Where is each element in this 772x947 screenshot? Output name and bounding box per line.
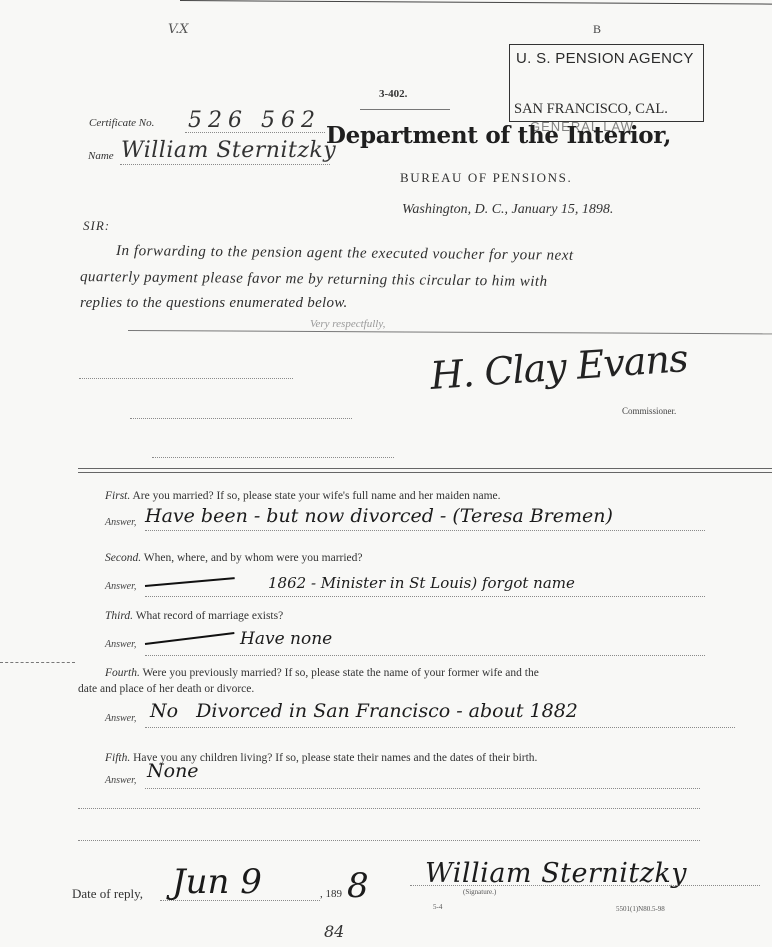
- pensioner-name: William Sternitzky: [121, 138, 336, 163]
- print-code-left: 5-4: [433, 903, 442, 911]
- answer-label: Answer,: [105, 639, 136, 650]
- answer-first: Have been - but now divorced - (Teresa B…: [145, 505, 613, 527]
- answer-line: [145, 530, 705, 531]
- body-line-3: replies to the questions enumerated belo…: [80, 295, 348, 312]
- department-title: Department of the Interior,: [326, 122, 671, 149]
- answer-fourth: No Divorced in San Francisco - about 188…: [150, 700, 578, 722]
- question-fourth-line-2: date and place of her death or divorce.: [78, 683, 254, 695]
- answer-line: [145, 596, 705, 597]
- section-divider-top: [78, 468, 772, 469]
- stamp-line-city: SAN FRANCISCO, CAL.: [514, 101, 668, 118]
- commissioner-title: Commissioner.: [622, 406, 676, 416]
- page-note: 84: [324, 922, 344, 941]
- question-first: First. Are you married? If so, please st…: [105, 490, 501, 502]
- date-of-reply-value: Jun 9: [172, 862, 262, 902]
- certificate-number: 526 562: [188, 108, 321, 133]
- page-top-edge: [180, 0, 772, 5]
- commissioner-signature: H. Clay Evans: [429, 336, 689, 398]
- question-ordinal: Third.: [105, 610, 133, 622]
- answer-label: Answer,: [105, 517, 136, 528]
- question-ordinal: Fifth.: [105, 752, 130, 764]
- body-line-2: quarterly payment please favor me by ret…: [80, 269, 548, 291]
- question-fourth: Fourth. Were you previously married? If …: [105, 667, 539, 679]
- question-ordinal: Fourth.: [105, 667, 140, 679]
- date-line: [160, 900, 320, 901]
- pension-agency-stamp: U. S. PENSION AGENCY SAN FRANCISCO, CAL.: [509, 44, 704, 122]
- address-line-1: [79, 378, 293, 379]
- question-text: What record of marriage exists?: [136, 610, 284, 622]
- dateline: Washington, D. C., January 15, 1898.: [402, 202, 613, 218]
- name-underline: [120, 164, 330, 165]
- question-text: When, where, and by whom were you marrie…: [144, 552, 363, 564]
- extra-line-2: [78, 840, 700, 841]
- answer-fifth: None: [147, 760, 199, 782]
- question-text: Are you married? If so, please state you…: [133, 490, 501, 502]
- answer-label: Answer,: [105, 713, 136, 724]
- marginal-mark-top-left: V.X: [168, 22, 189, 37]
- address-line-2: [130, 418, 352, 419]
- stamp-line-agency: U. S. PENSION AGENCY: [516, 50, 694, 67]
- form-number-underline: [360, 109, 450, 110]
- answer-label: Answer,: [105, 775, 136, 786]
- date-of-reply-label: Date of reply,: [72, 886, 143, 902]
- extra-line-1: [78, 808, 700, 809]
- closing-phrase: Very respectfully,: [310, 318, 385, 330]
- answer-line: [145, 727, 735, 728]
- address-line-3: [152, 457, 394, 458]
- question-ordinal: Second.: [105, 552, 141, 564]
- year-prefix: , 189: [320, 888, 342, 900]
- question-ordinal: First.: [105, 490, 130, 502]
- answer-strike: [145, 577, 235, 587]
- answer-line: [145, 788, 700, 789]
- fold-line: [128, 330, 772, 334]
- answer-label: Answer,: [105, 581, 136, 592]
- body-line-1: In forwarding to the pension agent the e…: [116, 243, 574, 265]
- signature-line: [410, 885, 760, 886]
- answer-line: [145, 655, 705, 656]
- fold-mark: [0, 662, 75, 663]
- section-divider-bottom: [78, 472, 772, 473]
- bureau-heading: BUREAU OF PENSIONS.: [400, 170, 572, 186]
- question-third: Third. What record of marriage exists?: [105, 610, 283, 622]
- signature-label: (Signature.): [463, 888, 496, 896]
- salutation: SIR:: [83, 218, 110, 234]
- certificate-label: Certificate No.: [89, 117, 154, 129]
- form-number: 3-402.: [379, 88, 407, 100]
- answer-second: 1862 - Minister in St Louis) forgot name: [268, 574, 575, 592]
- marginal-mark-top-right: B: [593, 22, 601, 37]
- year-suffix: 8: [347, 866, 369, 906]
- answer-strike: [145, 632, 235, 645]
- answer-third: Have none: [240, 629, 332, 649]
- certificate-underline: [185, 132, 325, 133]
- question-text: Were you previously married? If so, plea…: [143, 667, 539, 679]
- name-label: Name: [88, 150, 114, 162]
- print-code-right: 5501(1)N80.5-98: [616, 905, 665, 913]
- question-second: Second. When, where, and by whom were yo…: [105, 552, 363, 564]
